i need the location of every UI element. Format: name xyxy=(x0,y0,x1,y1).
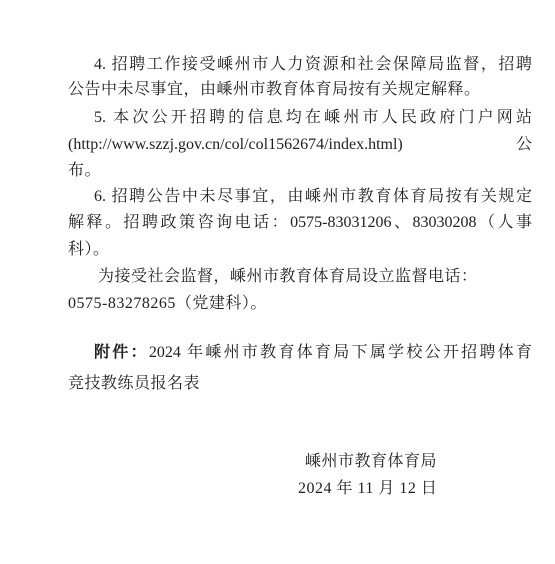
paragraph-6-line-3: 科）。 xyxy=(68,239,532,261)
signature-date: 2024 年 11 月 12 日 xyxy=(298,478,437,500)
paragraph-6-line-1: 6. 招聘公告中未尽事宜，由嵊州市教育体育局按有关规定 xyxy=(68,186,532,208)
signature-organization: 嵊州市教育体育局 xyxy=(305,451,437,473)
document-page: 4. 招聘工作接受嵊州市人力资源和社会保障局监督，招聘 公告中未尽事宜，由嵊州市… xyxy=(0,0,555,564)
attachment-line-2: 竞技教练员报名表 xyxy=(68,373,532,395)
paragraph-4-line-2: 公告中未尽事宜，由嵊州市教育体育局按有关规定解释。 xyxy=(68,79,532,101)
paragraph-6-line-2-phone: 解释。招聘政策咨询电话：0575-83031206、83030208（人事 xyxy=(68,212,532,234)
paragraph-5-line-3: 布。 xyxy=(68,160,532,182)
paragraph-4-line-1: 4. 招聘工作接受嵊州市人力资源和社会保障局监督，招聘 xyxy=(68,54,532,76)
paragraph-5-url-line: (http://www.szzj.gov.cn/col/col1562674/i… xyxy=(68,134,532,156)
attachment-label: 附件： xyxy=(94,344,149,361)
attachment-line-1: 附件：2024 年嵊州市教育体育局下属学校公开招聘体育 xyxy=(68,342,532,364)
attachment-title: 2024 年嵊州市教育体育局下属学校公开招聘体育 xyxy=(149,344,532,361)
paragraph-7-line-2-phone: 0575-83278265（党建科）。 xyxy=(68,293,532,315)
paragraph-7-line-1: 为接受社会监督，嵊州市教育体育局设立监督电话： xyxy=(68,266,532,288)
paragraph-5-line-1: 5. 本次公开招聘的信息均在嵊州市人民政府门户网站 xyxy=(68,107,532,129)
